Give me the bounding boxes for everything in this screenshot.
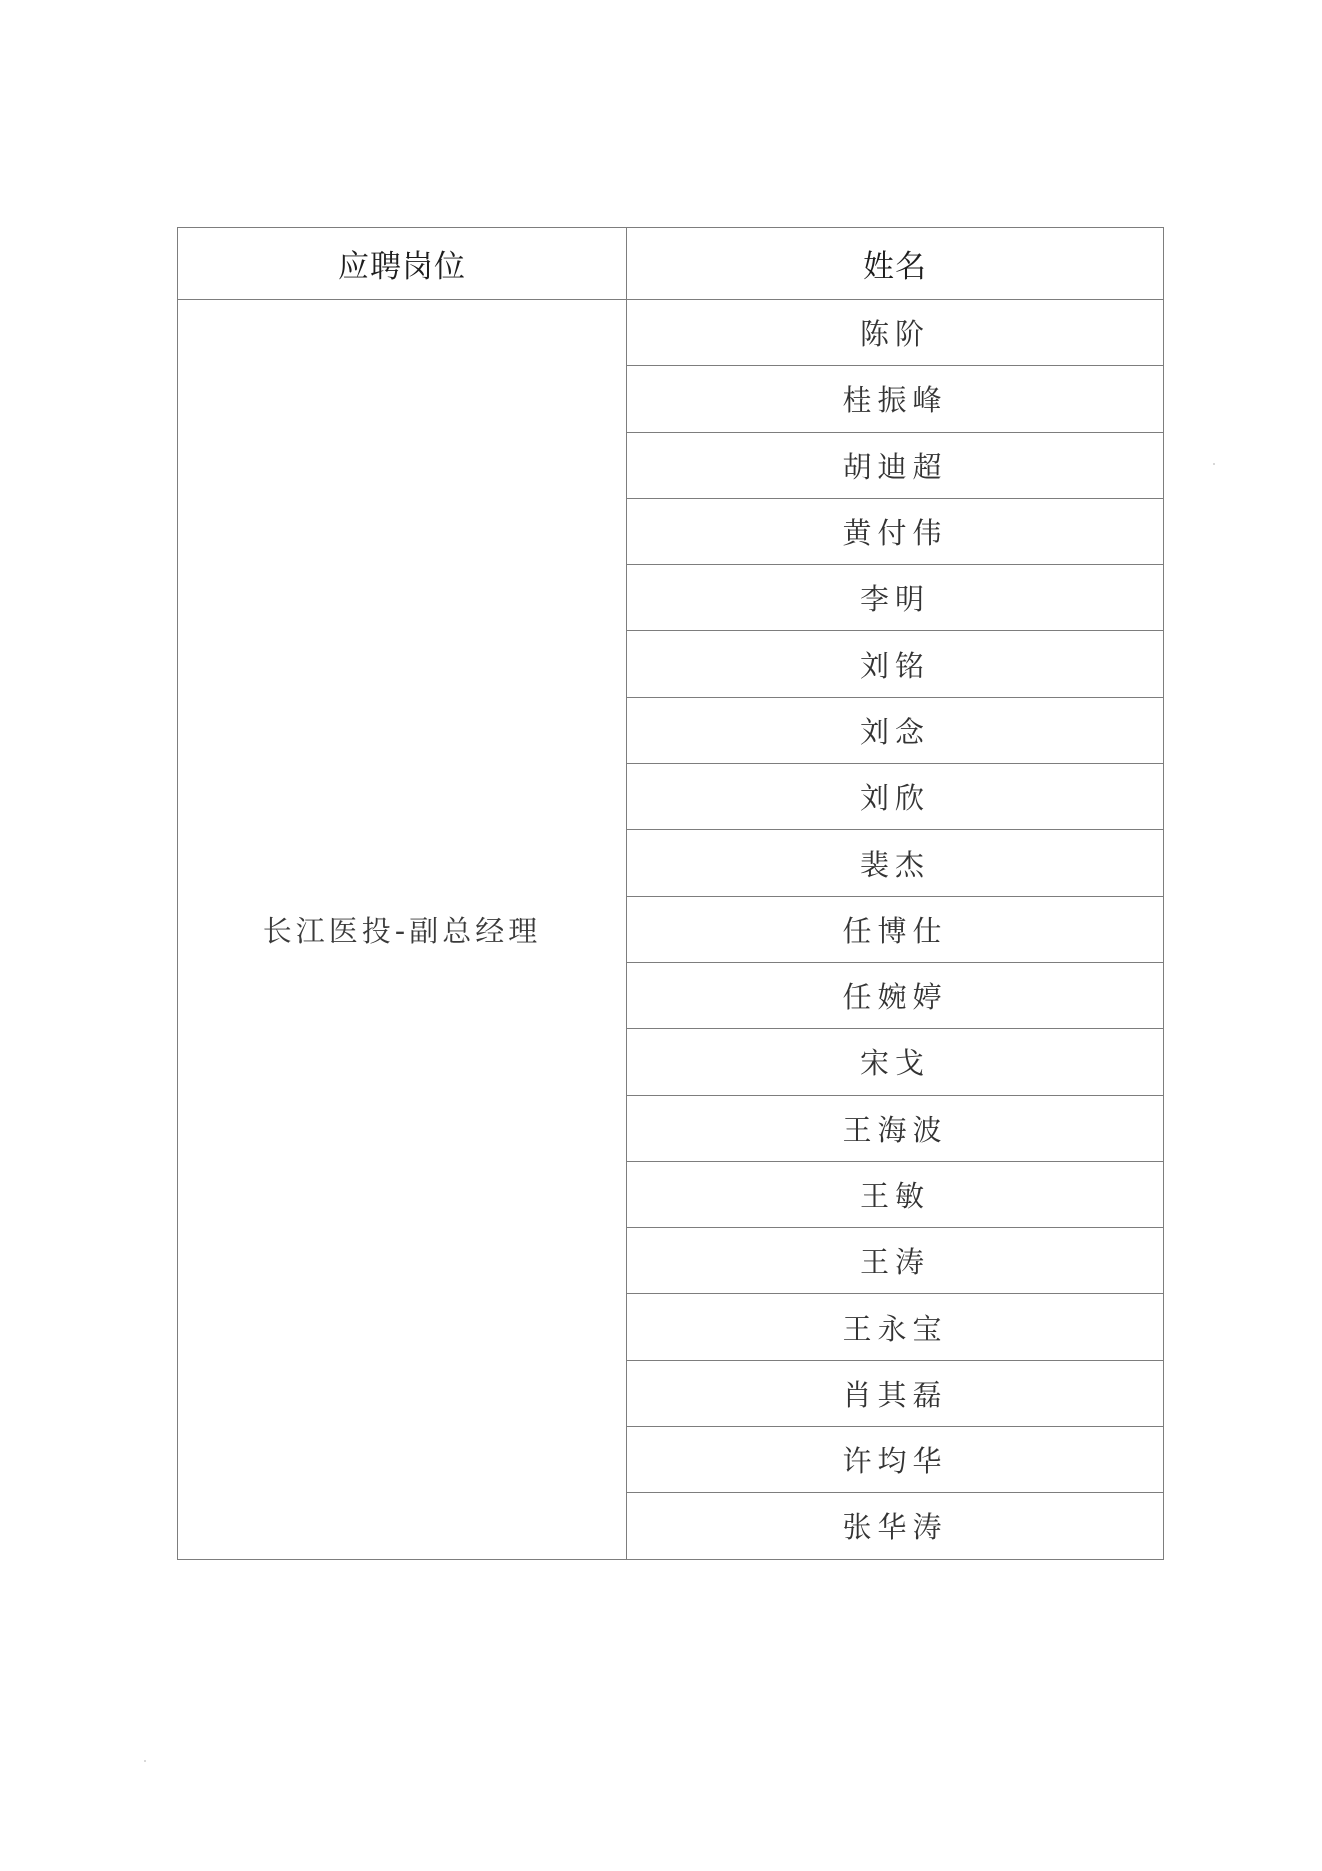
table-row: 长江医投-副总经理 陈阶: [178, 300, 1164, 366]
name-cell: 宋戈: [627, 1029, 1164, 1095]
name-cell: 肖其磊: [627, 1360, 1164, 1426]
name-cell: 李明: [627, 565, 1164, 631]
name-cell: 黄付伟: [627, 498, 1164, 564]
name-cell: 任博仕: [627, 896, 1164, 962]
scan-artifact: [1213, 463, 1215, 465]
name-cell: 刘念: [627, 697, 1164, 763]
header-position: 应聘岗位: [178, 228, 627, 300]
header-name: 姓名: [627, 228, 1164, 300]
name-cell: 陈阶: [627, 300, 1164, 366]
name-cell: 任婉婷: [627, 962, 1164, 1028]
document-page: 应聘岗位 姓名 长江医投-副总经理 陈阶 桂振峰 胡迪超 黄付伟 李明 刘铭 刘…: [0, 0, 1322, 1871]
scan-artifact: [144, 1760, 146, 1762]
name-cell: 刘铭: [627, 631, 1164, 697]
name-cell: 王敏: [627, 1161, 1164, 1227]
position-cell: 长江医投-副总经理: [178, 300, 627, 1560]
name-cell: 许均华: [627, 1427, 1164, 1493]
table-header-row: 应聘岗位 姓名: [178, 228, 1164, 300]
name-cell: 桂振峰: [627, 366, 1164, 432]
name-cell: 裴杰: [627, 830, 1164, 896]
name-cell: 胡迪超: [627, 432, 1164, 498]
candidate-table: 应聘岗位 姓名 长江医投-副总经理 陈阶 桂振峰 胡迪超 黄付伟 李明 刘铭 刘…: [177, 227, 1164, 1560]
name-cell: 王海波: [627, 1095, 1164, 1161]
name-cell: 王永宝: [627, 1294, 1164, 1360]
name-cell: 王涛: [627, 1228, 1164, 1294]
name-cell: 刘欣: [627, 764, 1164, 830]
name-cell: 张华涛: [627, 1493, 1164, 1559]
